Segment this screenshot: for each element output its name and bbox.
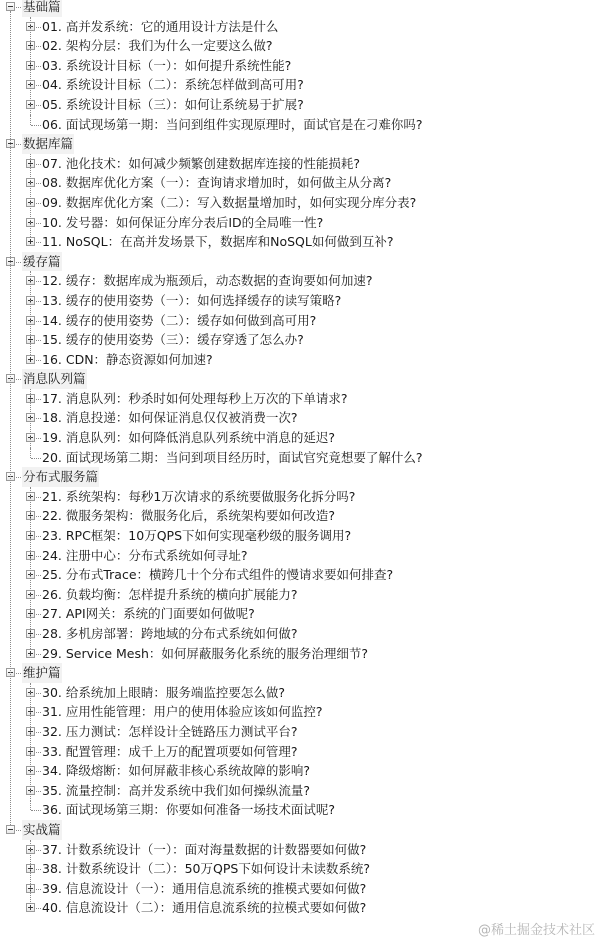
item-label[interactable]: 02. 架构分层：我们为什么一定要这么做? <box>42 36 273 56</box>
item-label[interactable]: 34. 降级熔断：如何屏蔽非核心系统故障的影响? <box>42 761 310 781</box>
tree-guide-line <box>30 271 31 354</box>
tree-connector <box>36 242 41 243</box>
tree-item[interactable]: 10. 发号器：如何保证分库分表后ID的全局唯一性? <box>0 213 615 233</box>
tree-connector <box>31 458 41 459</box>
item-label[interactable]: 18. 消息投递：如何保证消息仅仅被消费一次? <box>42 408 298 428</box>
item-label[interactable]: 08. 数据库优化方案（一）：查询请求增加时，如何做主从分离? <box>42 173 391 193</box>
tree-item[interactable]: 35. 流量控制：高并发系统中我们如何操纵流量? <box>0 781 615 801</box>
section-label[interactable]: 消息队列篇 <box>22 369 87 389</box>
tree-item[interactable]: 14. 缓存的使用姿势（二）：缓存如何做到高可用? <box>0 311 615 331</box>
item-label[interactable]: 35. 流量控制：高并发系统中我们如何操纵流量? <box>42 781 310 801</box>
item-label[interactable]: 29. Service Mesh：如何屏蔽服务化系统的服务治理细节? <box>42 644 368 664</box>
tree-connector <box>31 125 41 126</box>
tree-connector <box>36 614 41 615</box>
tree-item[interactable]: 23. RPC框架：10万QPS下如何实现毫秒级的服务调用? <box>0 526 615 546</box>
tree-item[interactable]: 38. 计数系统设计（二）：50万QPS下如何设计未读数系统? <box>0 859 615 879</box>
tree-item[interactable]: 02. 架构分层：我们为什么一定要这么做? <box>0 36 615 56</box>
tree-item[interactable]: 21. 系统架构：每秒1万次请求的系统要做服务化拆分吗? <box>0 487 615 507</box>
item-label[interactable]: 25. 分布式Trace：横跨几十个分布式组件的慢请求要如何排查? <box>42 565 393 585</box>
tree-connector <box>36 203 41 204</box>
tree-item[interactable]: 17. 消息队列：秒杀时如何处理每秒上万次的下单请求? <box>0 389 615 409</box>
item-label[interactable]: 12. 缓存：数据库成为瓶颈后，动态数据的查询要如何加速? <box>42 271 373 291</box>
tree-connector <box>36 360 41 361</box>
tree-connector <box>36 850 41 851</box>
tree-connector <box>36 281 41 282</box>
tree-connector <box>36 438 41 439</box>
item-label[interactable]: 20. 面试现场第二期：当问到项目经历时，面试官究竟想要了解什么? <box>42 448 423 468</box>
tree-connector <box>36 908 41 909</box>
tree-connector <box>36 634 41 635</box>
tree-section[interactable]: 消息队列篇 <box>0 369 615 389</box>
item-label[interactable]: 23. RPC框架：10万QPS下如何实现毫秒级的服务调用? <box>42 526 351 546</box>
tree-item[interactable]: 18. 消息投递：如何保证消息仅仅被消费一次? <box>0 408 615 428</box>
item-label[interactable]: 21. 系统架构：每秒1万次请求的系统要做服务化拆分吗? <box>42 487 355 507</box>
tree-connector <box>36 223 41 224</box>
expand-icon[interactable] <box>26 649 35 658</box>
item-label[interactable]: 16. CDN：静态资源如何加速? <box>42 350 213 370</box>
tree-connector <box>16 477 21 478</box>
watermark: @稀土掘金技术社区 <box>478 919 595 938</box>
tree-item[interactable]: 32. 压力测试：怎样设计全链路压力测试平台? <box>0 722 615 742</box>
tree-connector <box>36 693 41 694</box>
tree-item[interactable]: 40. 信息流设计（二）：通用信息流系统的拉模式要如何做? <box>0 898 615 918</box>
tree-connector <box>16 262 21 263</box>
item-label[interactable]: 09. 数据库优化方案（二）：写入数据量增加时，如何实现分库分表? <box>42 193 416 213</box>
tree-item[interactable]: 01. 高并发系统：它的通用设计方法是什么 <box>0 17 615 37</box>
tree-connector <box>36 105 41 106</box>
tree-connector <box>36 301 41 302</box>
item-label[interactable]: 22. 微服务架构：微服务化后，系统架构要如何改造? <box>42 506 335 526</box>
tree-item[interactable]: 34. 降级熔断：如何屏蔽非核心系统故障的影响? <box>0 761 615 781</box>
tree-guide-line <box>30 487 31 649</box>
tree-connector <box>36 399 41 400</box>
tree-connector <box>36 575 41 576</box>
tree-connector <box>36 556 41 557</box>
tree-connector <box>36 889 41 890</box>
item-label[interactable]: 38. 计数系统设计（二）：50万QPS下如何设计未读数系统? <box>42 859 370 879</box>
tree-item[interactable]: 31. 应用性能管理：用户的使用体验应该如何监控? <box>0 702 615 722</box>
tree-connector <box>36 536 41 537</box>
tree-item[interactable]: 37. 计数系统设计（一）：面对海量数据的计数器要如何做? <box>0 840 615 860</box>
item-label[interactable]: 28. 多机房部署：跨地域的分布式系统如何做? <box>42 624 298 644</box>
section-label[interactable]: 缓存篇 <box>22 252 62 272</box>
item-label[interactable]: 40. 信息流设计（二）：通用信息流系统的拉模式要如何做? <box>42 898 366 918</box>
tree-item[interactable]: 39. 信息流设计（一）：通用信息流系统的推模式要如何做? <box>0 879 615 899</box>
tree-item[interactable]: 09. 数据库优化方案（二）：写入数据量增加时，如何实现分库分表? <box>0 193 615 213</box>
tree-item[interactable]: 36. 面试现场第三期：你要如何准备一场技术面试呢? <box>0 800 615 820</box>
tree-item[interactable]: 12. 缓存：数据库成为瓶颈后，动态数据的查询要如何加速? <box>0 271 615 291</box>
expand-icon[interactable] <box>26 237 35 246</box>
tree-item[interactable]: 11. NoSQL：在高并发场景下，数据库和NoSQL如何做到互补? <box>0 232 615 252</box>
collapse-icon[interactable] <box>6 825 15 834</box>
tree-item[interactable]: 20. 面试现场第二期：当问到项目经历时，面试官究竟想要了解什么? <box>0 448 615 468</box>
tree-item[interactable]: 13. 缓存的使用姿势（一）：如何选择缓存的读写策略? <box>0 291 615 311</box>
tree-section[interactable]: 基础篇 <box>0 0 615 17</box>
item-label[interactable]: 31. 应用性能管理：用户的使用体验应该如何监控? <box>42 702 323 722</box>
collapse-icon[interactable] <box>6 2 15 11</box>
tree-connector <box>36 27 41 28</box>
tree-item[interactable]: 25. 分布式Trace：横跨几十个分布式组件的慢请求要如何排查? <box>0 565 615 585</box>
tree-connector <box>36 66 41 67</box>
expand-icon[interactable] <box>26 903 35 912</box>
item-label[interactable]: 07. 池化技术：如何减少频繁创建数据库连接的性能损耗? <box>42 154 360 174</box>
tree-section[interactable]: 实战篇 <box>0 820 615 840</box>
tree-connector <box>30 115 31 125</box>
tree-connector <box>30 448 31 458</box>
tree-connector <box>31 810 41 811</box>
tree-item[interactable]: 24. 注册中心：分布式系统如何寻址? <box>0 546 615 566</box>
section-label[interactable]: 基础篇 <box>22 0 62 17</box>
item-label[interactable]: 03. 系统设计目标（一）：如何提升系统性能? <box>42 56 291 76</box>
tree-connector <box>36 418 41 419</box>
item-label[interactable]: 06. 面试现场第一期：当问到组件实现原理时，面试官是在刁难你吗? <box>42 115 423 135</box>
tree-item[interactable]: 08. 数据库优化方案（一）：查询请求增加时，如何做主从分离? <box>0 173 615 193</box>
item-label[interactable]: 11. NoSQL：在高并发场景下，数据库和NoSQL如何做到互补? <box>42 232 393 252</box>
tree-item[interactable]: 30. 给系统加上眼睛：服务端监控要怎么做? <box>0 683 615 703</box>
item-label[interactable]: 39. 信息流设计（一）：通用信息流系统的推模式要如何做? <box>42 879 366 899</box>
item-label[interactable]: 19. 消息队列：如何降低消息队列系统中消息的延迟? <box>42 428 335 448</box>
item-label[interactable]: 26. 负载均衡：怎样提升系统的横向扩展能力? <box>42 585 298 605</box>
tree-connector <box>36 340 41 341</box>
tree-connector <box>36 732 41 733</box>
tree-connector <box>36 46 41 47</box>
tree-connector <box>36 183 41 184</box>
item-label[interactable]: 10. 发号器：如何保证分库分表后ID的全局唯一性? <box>42 213 323 233</box>
tree-item[interactable]: 19. 消息队列：如何降低消息队列系统中消息的延迟? <box>0 428 615 448</box>
tree-item[interactable]: 27. API网关：系统的门面要如何做呢? <box>0 604 615 624</box>
tree-connector <box>16 830 21 831</box>
item-label[interactable]: 36. 面试现场第三期：你要如何准备一场技术面试呢? <box>42 800 335 820</box>
tree-section[interactable]: 维护篇 <box>0 663 615 683</box>
tree-connector <box>16 7 21 8</box>
tree-guide-line <box>30 683 31 801</box>
tree-item[interactable]: 29. Service Mesh：如何屏蔽服务化系统的服务治理细节? <box>0 644 615 664</box>
tree-connector <box>36 164 41 165</box>
expand-icon[interactable] <box>26 355 35 364</box>
tree-guide-line <box>30 389 31 448</box>
tree-item[interactable]: 26. 负载均衡：怎样提升系统的横向扩展能力? <box>0 585 615 605</box>
tree-connector <box>36 771 41 772</box>
tree-connector <box>36 595 41 596</box>
item-label[interactable]: 15. 缓存的使用姿势（三）：缓存穿透了怎么办? <box>42 330 304 350</box>
tree-connector <box>30 800 31 810</box>
tree-item[interactable]: 07. 池化技术：如何减少频繁创建数据库连接的性能损耗? <box>0 154 615 174</box>
tree-item[interactable]: 33. 配置管理：成千上万的配置项要如何管理? <box>0 742 615 762</box>
item-label[interactable]: 14. 缓存的使用姿势（二）：缓存如何做到高可用? <box>42 311 316 331</box>
item-label[interactable]: 05. 系统设计目标（三）：如何让系统易于扩展? <box>42 95 304 115</box>
tree-connector <box>36 497 41 498</box>
item-label[interactable]: 04. 系统设计目标（二）：系统怎样做到高可用? <box>42 75 304 95</box>
tree-item[interactable]: 15. 缓存的使用姿势（三）：缓存穿透了怎么办? <box>0 330 615 350</box>
item-label[interactable]: 27. API网关：系统的门面要如何做呢? <box>42 604 255 624</box>
section-label[interactable]: 数据库篇 <box>22 134 74 154</box>
tree-guide-line <box>30 17 31 115</box>
tree-connector <box>16 673 21 674</box>
tree-connector <box>36 791 41 792</box>
section-label[interactable]: 维护篇 <box>22 663 62 683</box>
tree-connector <box>36 321 41 322</box>
tree-guide-line <box>10 11 11 825</box>
tree-connector <box>16 144 21 145</box>
item-label[interactable]: 32. 压力测试：怎样设计全链路压力测试平台? <box>42 722 298 742</box>
tree-connector <box>36 869 41 870</box>
tree-item[interactable]: 22. 微服务架构：微服务化后，系统架构要如何改造? <box>0 506 615 526</box>
tree-section[interactable]: 数据库篇 <box>0 134 615 154</box>
tree-item[interactable]: 05. 系统设计目标（三）：如何让系统易于扩展? <box>0 95 615 115</box>
tree-item[interactable]: 04. 系统设计目标（二）：系统怎样做到高可用? <box>0 75 615 95</box>
tree-connector <box>36 752 41 753</box>
section-label[interactable]: 实战篇 <box>22 820 62 840</box>
tree-item[interactable]: 28. 多机房部署：跨地域的分布式系统如何做? <box>0 624 615 644</box>
tree-item[interactable]: 16. CDN：静态资源如何加速? <box>0 350 615 370</box>
item-label[interactable]: 37. 计数系统设计（一）：面对海量数据的计数器要如何做? <box>42 840 366 860</box>
tree-connector <box>36 85 41 86</box>
item-label[interactable]: 24. 注册中心：分布式系统如何寻址? <box>42 546 248 566</box>
tree-connector <box>16 379 21 380</box>
tree-connector <box>36 654 41 655</box>
item-label[interactable]: 33. 配置管理：成千上万的配置项要如何管理? <box>42 742 298 762</box>
tree-guide-line <box>30 154 31 237</box>
item-label[interactable]: 17. 消息队列：秒杀时如何处理每秒上万次的下单请求? <box>42 389 348 409</box>
item-label[interactable]: 30. 给系统加上眼睛：服务端监控要怎么做? <box>42 683 285 703</box>
tree-item[interactable]: 03. 系统设计目标（一）：如何提升系统性能? <box>0 56 615 76</box>
section-label[interactable]: 分布式服务篇 <box>22 467 99 487</box>
outline-tree: 基础篇01. 高并发系统：它的通用设计方法是什么02. 架构分层：我们为什么一定… <box>0 0 615 918</box>
tree-guide-line <box>30 840 31 904</box>
tree-connector <box>36 516 41 517</box>
tree-item[interactable]: 06. 面试现场第一期：当问到组件实现原理时，面试官是在刁难你吗? <box>0 115 615 135</box>
tree-connector <box>36 712 41 713</box>
item-label[interactable]: 13. 缓存的使用姿势（一）：如何选择缓存的读写策略? <box>42 291 341 311</box>
tree-section[interactable]: 分布式服务篇 <box>0 467 615 487</box>
item-label[interactable]: 01. 高并发系统：它的通用设计方法是什么 <box>42 17 278 37</box>
tree-section[interactable]: 缓存篇 <box>0 252 615 272</box>
